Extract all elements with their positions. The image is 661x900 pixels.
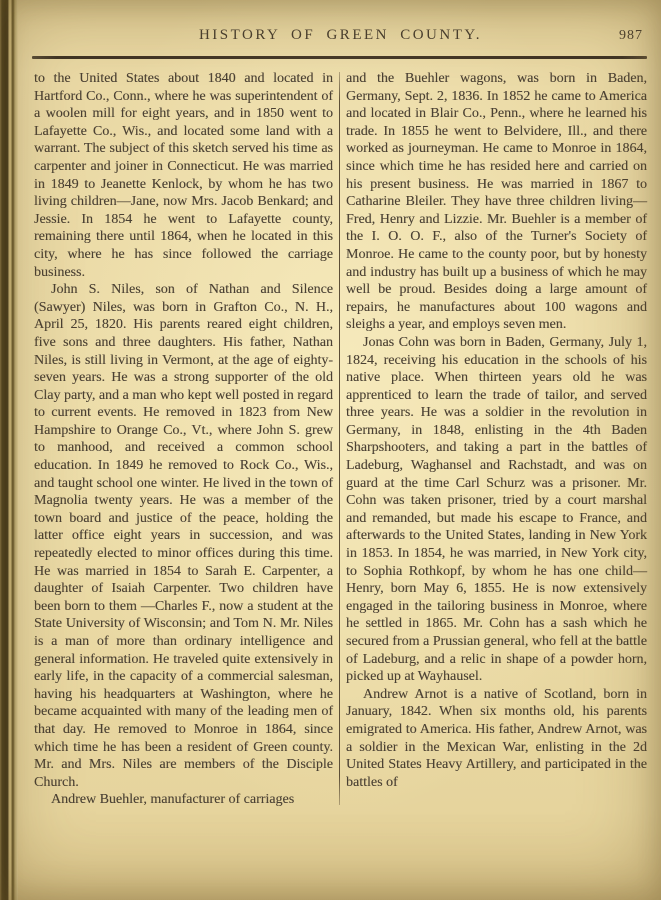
header-rule (32, 56, 647, 59)
page-number: 987 (619, 28, 643, 44)
running-title: HISTORY OF GREEN COUNTY. (34, 27, 647, 44)
paragraph: and the Buehler wagons, was born in Bade… (346, 70, 647, 334)
book-page: HISTORY OF GREEN COUNTY. 987 to the Unit… (0, 0, 661, 809)
left-column: to the United States about 1840 and loca… (34, 70, 333, 809)
paragraph: Andrew Buehler, manufacturer of carriage… (34, 791, 333, 809)
text-columns: to the United States about 1840 and loca… (34, 70, 647, 809)
column-divider-rule (339, 72, 340, 805)
paragraph: Jonas Cohn was born in Baden, Germany, J… (346, 334, 647, 686)
right-column: and the Buehler wagons, was born in Bade… (346, 70, 647, 809)
paragraph: John S. Niles, son of Nathan and Silence… (34, 281, 333, 791)
book-binding-edge (0, 0, 18, 900)
paragraph: Andrew Arnot is a native of Scotland, bo… (346, 686, 647, 792)
page-header: HISTORY OF GREEN COUNTY. 987 (34, 27, 647, 49)
paragraph: to the United States about 1840 and loca… (34, 70, 333, 281)
